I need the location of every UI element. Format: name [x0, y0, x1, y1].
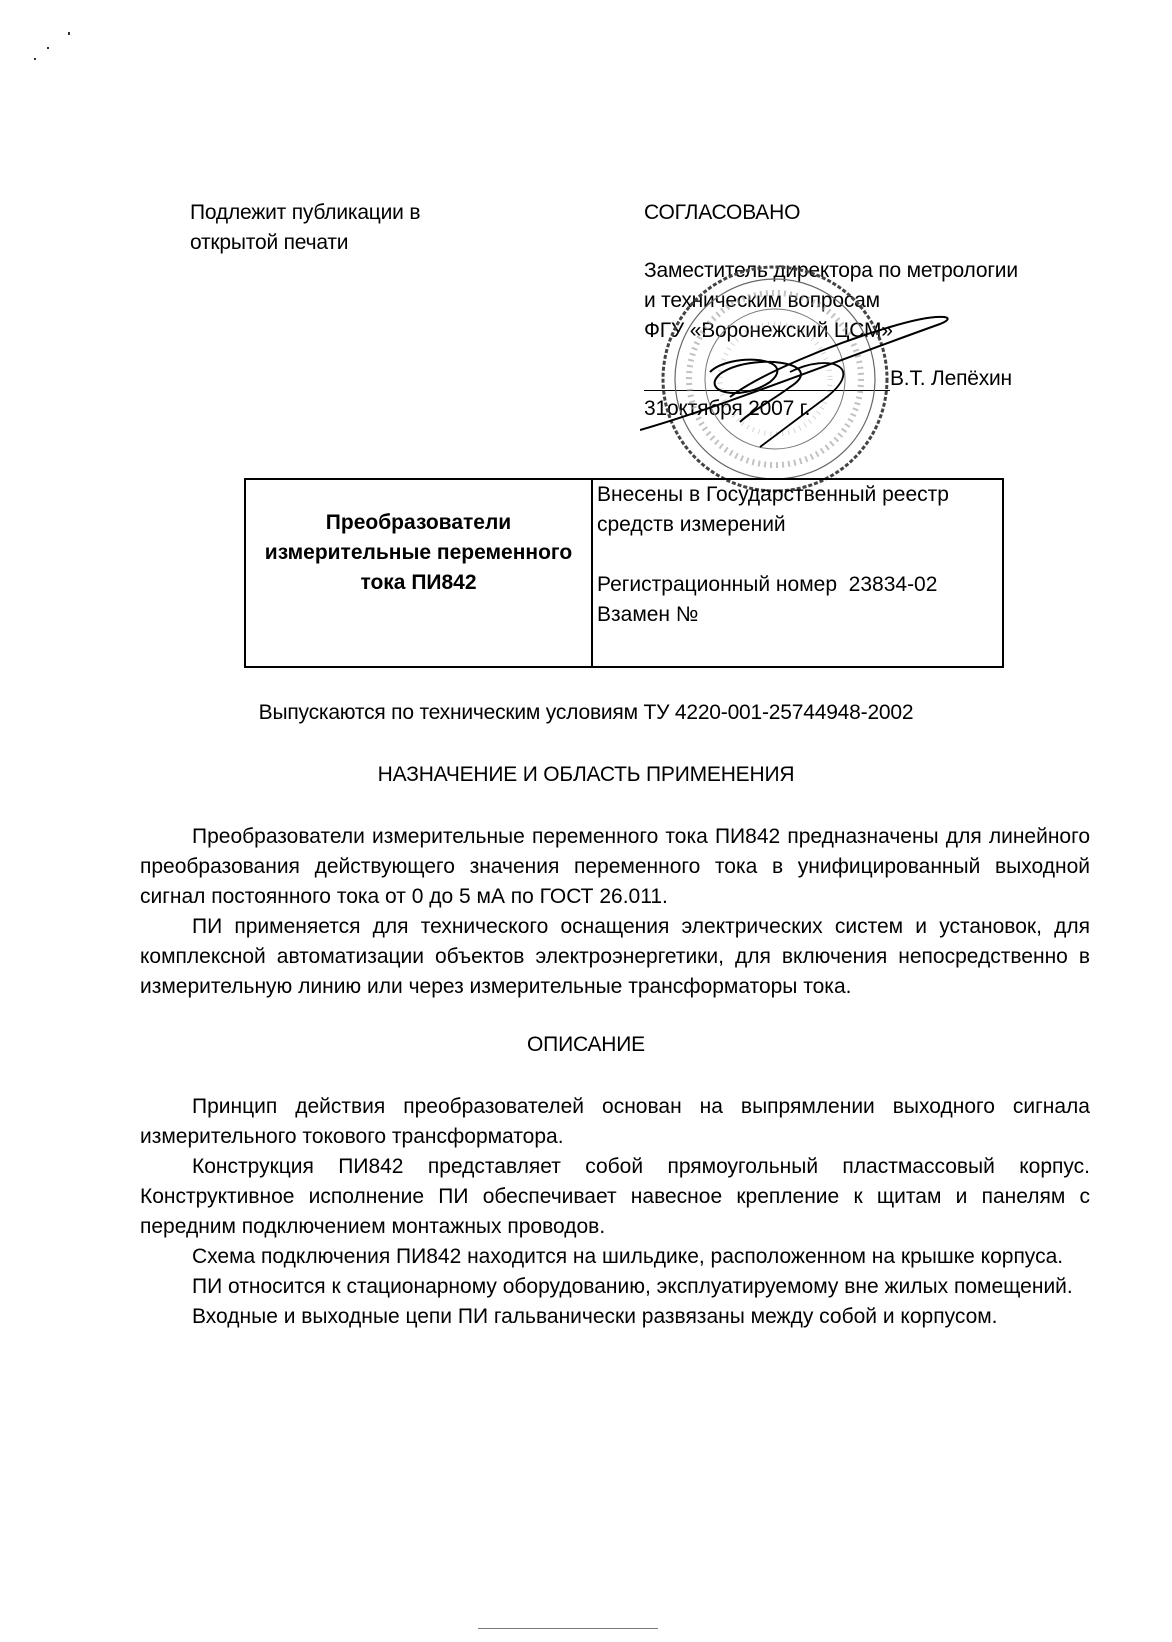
scan-speck: [34, 58, 36, 60]
section-heading-description: ОПИСАНИЕ: [0, 1030, 1172, 1060]
paragraph: ПИ относится к стационарному оборудовани…: [140, 1272, 1090, 1302]
approval-date: 31октября 2007 г.: [644, 394, 1084, 424]
replaces-label: Взамен №: [597, 600, 1002, 630]
paragraph: Схема подключения ПИ842 находится на шил…: [140, 1242, 1090, 1272]
paragraph: Преобразователи измерительные переменног…: [140, 822, 1090, 912]
product-name-line: Преобразователи: [246, 508, 591, 538]
registration-number: 23834-02: [849, 573, 938, 596]
signature-line: В.Т. Лепёхин: [644, 364, 1084, 394]
approver-position-line: ФГУ «Воронежский ЦСМ»: [644, 316, 1084, 346]
paragraph: Принцип действия преобразователей основа…: [140, 1092, 1090, 1152]
registry-line: Внесены в Государственный реестр: [597, 480, 1002, 510]
approver-position-line: и техническим вопросам: [644, 286, 1084, 316]
scan-edge-line: [478, 1628, 658, 1629]
registration-label: Регистрационный номер: [597, 573, 837, 596]
tech-conditions: Выпускаются по техническим условиям ТУ 4…: [0, 698, 1172, 728]
publication-note: Подлежит публикации в открытой печати: [190, 198, 490, 258]
scan-speck: [47, 47, 49, 49]
section-body-purpose: Преобразователи измерительные переменног…: [140, 822, 1090, 1002]
paragraph: Входные и выходные цепи ПИ гальванически…: [140, 1302, 1090, 1332]
paragraph: Конструкция ПИ842 представляет собой пря…: [140, 1152, 1090, 1242]
approval-block: СОГЛАСОВАНО Заместитель директора по мет…: [644, 198, 1084, 424]
approver-position-line: Заместитель директора по метрологии: [644, 256, 1084, 286]
registry-info-table: Преобразователи измерительные переменног…: [244, 478, 1004, 668]
publication-note-line: открытой печати: [190, 228, 490, 258]
registry-details-cell: Внесены в Государственный реестр средств…: [592, 479, 1003, 667]
scan-speck: [68, 32, 70, 35]
product-name-line: тока ПИ842: [246, 568, 591, 598]
section-body-description: Принцип действия преобразователей основа…: [140, 1092, 1090, 1332]
approval-title: СОГЛАСОВАНО: [644, 198, 1084, 228]
paragraph: ПИ применяется для технического оснащени…: [140, 912, 1090, 1002]
section-heading-purpose: НАЗНАЧЕНИЕ И ОБЛАСТЬ ПРИМЕНЕНИЯ: [0, 760, 1172, 790]
registration-number-row: Регистрационный номер 23834-02: [597, 570, 1002, 600]
signatory-name: В.Т. Лепёхин: [890, 364, 1012, 394]
product-name-line: измерительные переменного: [246, 538, 591, 568]
signature-rule: [644, 390, 890, 391]
publication-note-line: Подлежит публикации в: [190, 198, 490, 228]
registry-line: средств измерений: [597, 510, 1002, 540]
product-name-cell: Преобразователи измерительные переменног…: [245, 479, 592, 667]
